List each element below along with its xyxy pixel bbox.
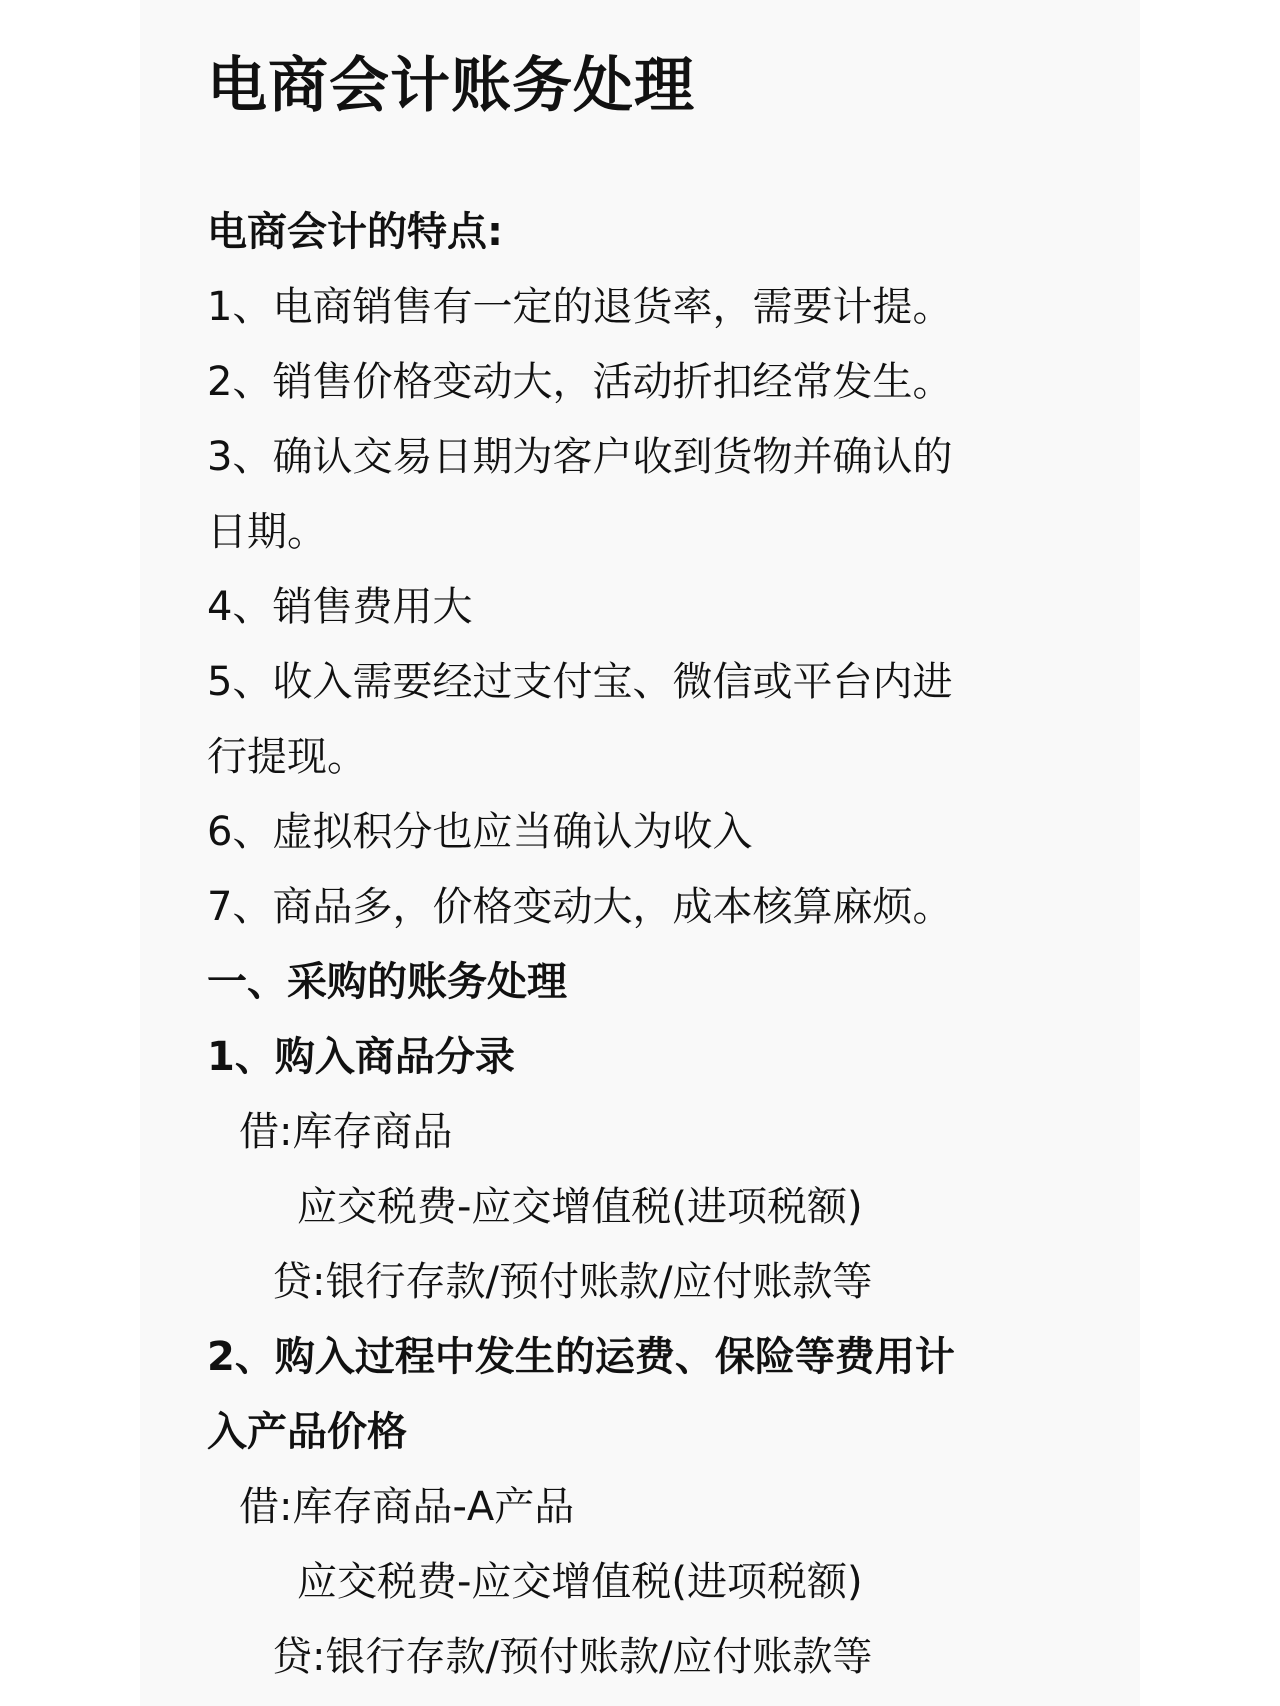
features-heading: 电商会计的特点: (207, 195, 1087, 270)
document-body: 电商会计的特点: 1、电商销售有一定的退货率，需要计提。 2、销售价格变动大，活… (207, 195, 1087, 1695)
entry-2-heading-cont: 入产品价格 (207, 1395, 1087, 1470)
feature-item-5-cont: 行提现。 (207, 720, 1087, 795)
feature-item-3-cont: 日期。 (207, 495, 1087, 570)
entry-1-debit-tax: 应交税费-应交增值税(进项税额) (207, 1170, 1087, 1245)
entry-1-credit: 贷:银行存款/预付账款/应付账款等 (207, 1245, 1087, 1320)
entry-1-debit: 借:库存商品 (207, 1095, 1087, 1170)
page-title: 电商会计账务处理 (207, 46, 695, 126)
entry-2-credit: 贷:银行存款/预付账款/应付账款等 (207, 1620, 1087, 1695)
section-heading-purchase: 一、采购的账务处理 (207, 945, 1087, 1020)
feature-item-3: 3、确认交易日期为客户收到货物并确认的 (207, 420, 1087, 495)
feature-item-5: 5、收入需要经过支付宝、微信或平台内进 (207, 645, 1087, 720)
entry-2-heading: 2、购入过程中发生的运费、保险等费用计 (207, 1320, 1087, 1395)
entry-2-debit-tax: 应交税费-应交增值税(进项税额) (207, 1545, 1087, 1620)
feature-item-7: 7、商品多，价格变动大，成本核算麻烦。 (207, 870, 1087, 945)
entry-1-heading: 1、购入商品分录 (207, 1020, 1087, 1095)
feature-item-2: 2、销售价格变动大，活动折扣经常发生。 (207, 345, 1087, 420)
feature-item-1: 1、电商销售有一定的退货率，需要计提。 (207, 270, 1087, 345)
entry-2-debit: 借:库存商品-A产品 (207, 1470, 1087, 1545)
feature-item-4: 4、销售费用大 (207, 570, 1087, 645)
feature-item-6: 6、虚拟积分也应当确认为收入 (207, 795, 1087, 870)
